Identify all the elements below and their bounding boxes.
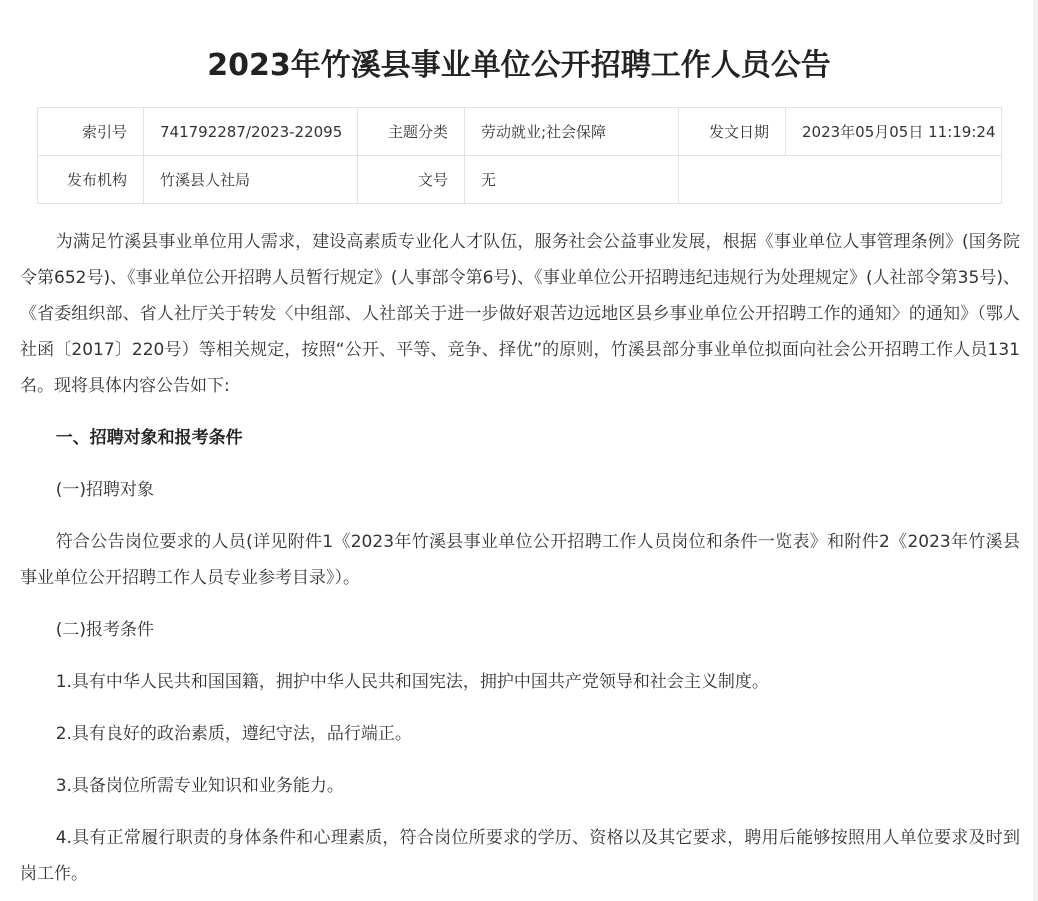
document-page: 2023年竹溪县事业单位公开招聘工作人员公告 索引号 741792287/202… [0, 0, 1033, 901]
page-title: 2023年竹溪县事业单位公开招聘工作人员公告 [0, 44, 1033, 88]
empty-cell [679, 156, 1002, 204]
index-number-label: 索引号 [38, 108, 144, 156]
issuing-agency-value: 竹溪县人社局 [144, 156, 358, 204]
metadata-row: 索引号 741792287/2023-22095 主题分类 劳动就业;社会保障 … [38, 108, 1002, 156]
publish-date-value: 2023年05月05日 11:19:24 [786, 108, 1002, 156]
subsection-heading: (一)招聘对象 [20, 472, 1020, 508]
recruitment-target-paragraph: 符合公告岗位要求的人员(详见附件1《2023年竹溪县事业单位公开招聘工作人员岗位… [20, 524, 1020, 596]
section-heading: 一、招聘对象和报考条件 [20, 420, 1020, 456]
article-body: 为满足竹溪县事业单位用人需求，建设高素质专业化人才队伍，服务社会公益事业发展，根… [20, 224, 1020, 892]
document-number-value: 无 [465, 156, 679, 204]
subsection-heading: (二)报考条件 [20, 612, 1020, 648]
vertical-scrollbar[interactable] [1033, 0, 1038, 901]
topic-category-value: 劳动就业;社会保障 [465, 108, 679, 156]
intro-paragraph: 为满足竹溪县事业单位用人需求，建设高素质专业化人才队伍，服务社会公益事业发展，根… [20, 224, 1020, 404]
condition-item: 3.具备岗位所需专业知识和业务能力。 [20, 768, 1020, 804]
condition-item: 1.具有中华人民共和国国籍，拥护中华人民共和国宪法，拥护中国共产党领导和社会主义… [20, 664, 1020, 700]
condition-item: 2.具有良好的政治素质，遵纪守法，品行端正。 [20, 716, 1020, 752]
index-number-value: 741792287/2023-22095 [144, 108, 358, 156]
issuing-agency-label: 发布机构 [38, 156, 144, 204]
metadata-row: 发布机构 竹溪县人社局 文号 无 [38, 156, 1002, 204]
document-number-label: 文号 [358, 156, 465, 204]
condition-item: 4.具有正常履行职责的身体条件和心理素质，符合岗位所要求的学历、资格以及其它要求… [20, 820, 1020, 892]
metadata-table: 索引号 741792287/2023-22095 主题分类 劳动就业;社会保障 … [37, 107, 1002, 204]
publish-date-label: 发文日期 [679, 108, 786, 156]
topic-category-label: 主题分类 [358, 108, 465, 156]
